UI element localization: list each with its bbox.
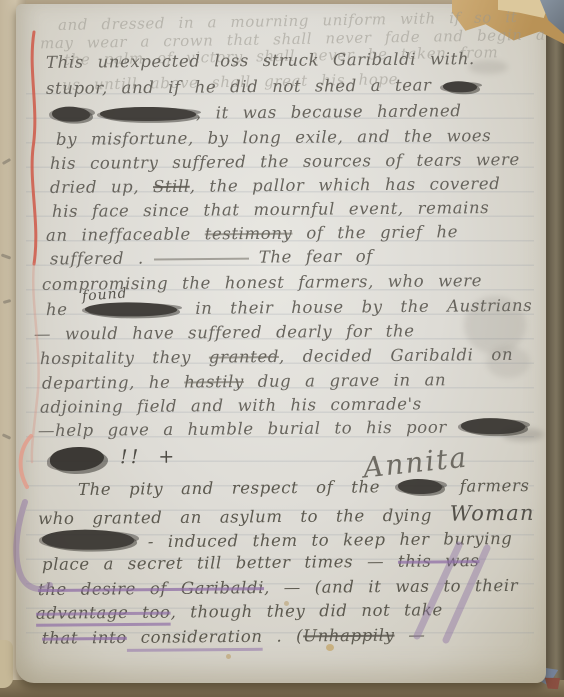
purple-underlined-word: consideration xyxy=(127,627,263,647)
struck-word: granted xyxy=(209,347,279,367)
purple-struck-words: this was xyxy=(398,551,480,571)
ink-blot xyxy=(52,106,90,121)
text-segment: dug a grave in an xyxy=(244,370,447,391)
text-segment: his face since that mournful event, rema… xyxy=(52,198,489,221)
text-segment: departing, he xyxy=(42,373,184,393)
text-segment: , the pallor which has covered xyxy=(190,174,501,196)
manuscript-line: The pity and respect of the farmers xyxy=(78,476,530,499)
text-segment: dried up, xyxy=(50,177,153,197)
text-segment: of the grief he xyxy=(292,222,458,242)
ink-blot xyxy=(461,418,525,435)
ink-blot xyxy=(398,479,442,494)
struck-word: hastily xyxy=(184,372,244,392)
struck-word: Still xyxy=(153,177,190,196)
text-segment: who granted an asylum to the dying xyxy=(38,506,450,529)
text-segment: place a secret till better times — xyxy=(42,552,398,574)
manuscript-line: suffered .The fear of xyxy=(50,247,373,269)
text-segment: by misfortune, by long exile, and the wo… xyxy=(56,126,491,149)
purple-struck-words: the desire of Garibaldi xyxy=(38,578,264,599)
torn-scrap-left xyxy=(0,640,13,688)
ink-blot xyxy=(85,302,177,317)
manuscript-line: place a secret till better times — this … xyxy=(42,551,480,574)
manuscript-line: departing, he hastily dug a grave in an xyxy=(42,370,446,393)
text-segment: suffered . xyxy=(50,249,144,269)
text-segment: !! + xyxy=(120,446,177,468)
text-segment: , decided Garibaldi on xyxy=(279,345,513,366)
emphasized-word: Woman xyxy=(450,501,535,526)
manuscript-line: by misfortune, by long exile, and the wo… xyxy=(56,126,491,149)
stain xyxy=(226,654,231,659)
text-segment: he xyxy=(46,300,86,319)
text-segment: adjoining field and with his comrade's xyxy=(40,394,422,416)
dash-rule xyxy=(154,257,249,260)
manuscript-line: stupor, and if he did not shed a tear xyxy=(46,75,478,98)
manuscript-photo: and dressed in a mourning uniform with i… xyxy=(0,0,564,697)
manuscript-line: , it was because hardened xyxy=(52,101,462,124)
ink-blot xyxy=(42,529,134,550)
ink-blot xyxy=(100,107,196,122)
text-segment: , — (and it was to their xyxy=(264,576,518,597)
manuscript-line: that into consideration . (Unhappily — xyxy=(42,625,426,647)
interlinear-correction: found xyxy=(81,285,128,304)
manuscript-line: adjoining field and with his comrade's xyxy=(40,394,422,416)
manuscript-line: who granted an asylum to the dying Woman xyxy=(38,501,535,529)
struck-word: testimony xyxy=(205,224,293,244)
text-segment: , it was because hardened xyxy=(196,101,462,122)
manuscript-line: his face since that mournful event, rema… xyxy=(52,198,489,221)
struck-word: Unhappily xyxy=(303,626,395,646)
text-segment: —help gave a humble burial to his poor xyxy=(38,417,461,440)
text-segment: hospitality they xyxy=(40,348,209,368)
manuscript-line: advantage too, though they did not take xyxy=(36,600,443,623)
text-segment: stupor, and if he did not shed a tear xyxy=(46,76,432,98)
text-segment: farmers xyxy=(442,476,530,496)
text-segment: This unexpected loss struck Garibaldi wi… xyxy=(46,49,475,72)
manuscript-line: - induced them to keep her burying xyxy=(42,526,513,552)
text-segment: The pity and respect of the xyxy=(78,477,398,499)
manuscript-line: an ineffaceable testimony of the grief h… xyxy=(46,222,458,245)
text-segment: in their house by the Austrians xyxy=(177,296,532,318)
ink-blot xyxy=(443,81,477,92)
manuscript-line: This unexpected loss struck Garibaldi wi… xyxy=(46,49,475,72)
text-segment: — would have suffered dearly for the xyxy=(34,321,415,343)
manuscript-line: dried up, Still, the pallor which has co… xyxy=(50,174,500,197)
text-segment: - induced them to keep her burying xyxy=(134,529,513,551)
purple-struck-words: advantage too xyxy=(36,603,171,623)
manuscript-line: — would have suffered dearly for the xyxy=(34,321,415,343)
text-segment: , though they did not take xyxy=(170,600,442,621)
text-segment: an ineffaceable xyxy=(46,224,205,244)
text-segment: . ( xyxy=(262,626,303,645)
purple-struck-words: that into xyxy=(42,628,127,648)
manuscript-line: !! + xyxy=(120,446,177,468)
text-segment: — xyxy=(394,625,425,644)
text-segment: The fear of xyxy=(259,247,373,267)
